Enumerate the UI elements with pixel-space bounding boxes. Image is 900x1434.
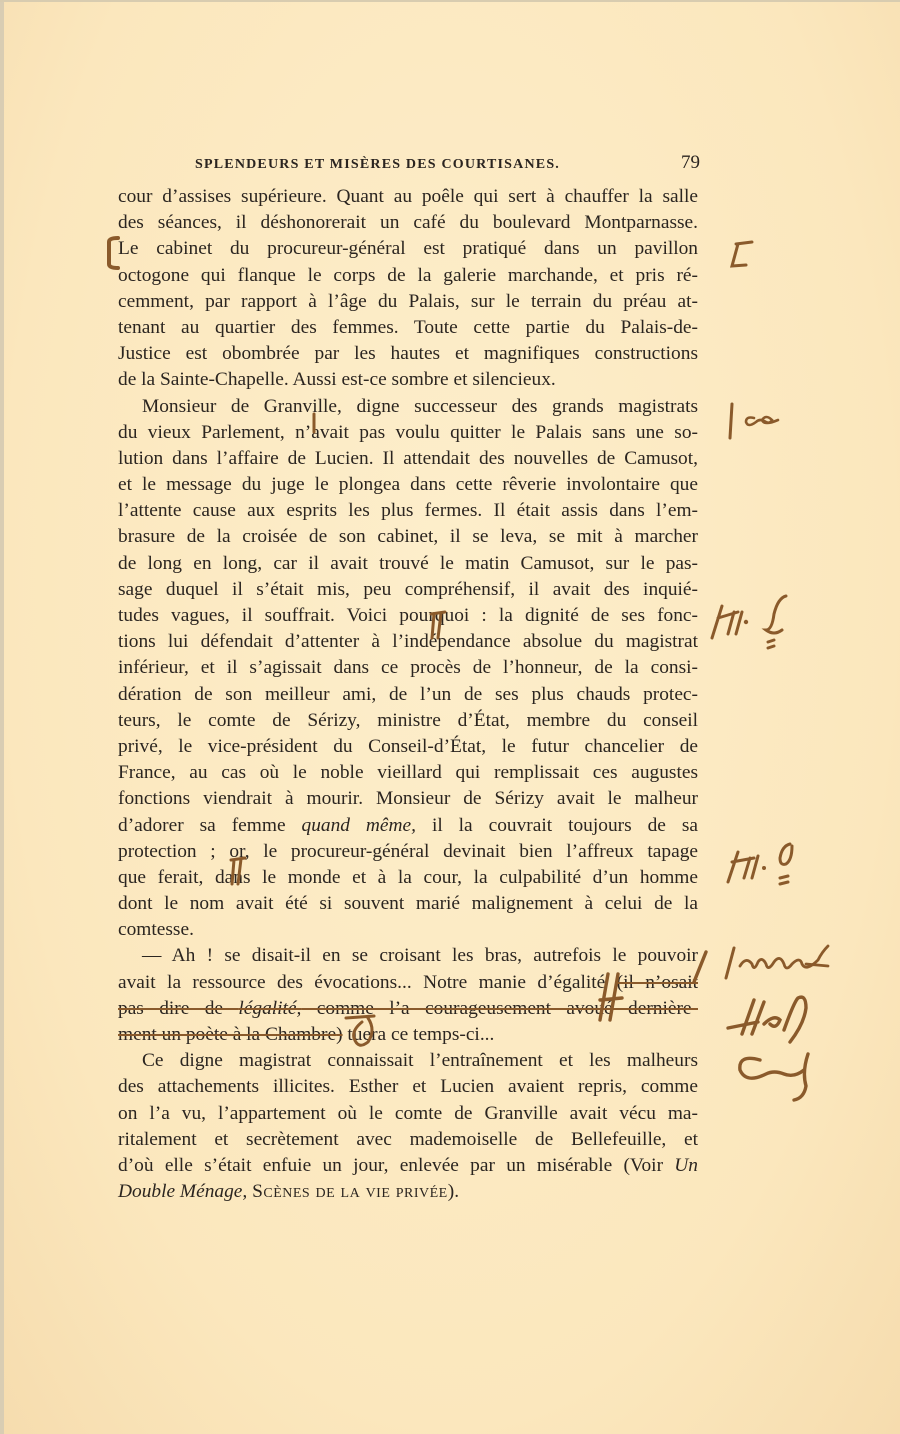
text-line: fonctions viendrait à mourir. Monsieur d… bbox=[118, 786, 698, 812]
new-paragraph-mark-icon bbox=[724, 840, 804, 900]
text-line: que ferait, dans le monde et à la cour, … bbox=[118, 865, 698, 891]
text-line: dont le nom avait été si souvent marié m… bbox=[118, 891, 698, 917]
text-line: de la Sainte-Chapelle. Aussi est-ce somb… bbox=[118, 367, 698, 393]
text-line: l’attente cause aux esprits les plus fer… bbox=[118, 498, 698, 524]
text-line: de long en long, car il avait trouvé le … bbox=[118, 551, 698, 577]
text-line: France, au cas où le noble vieillard qui… bbox=[118, 760, 698, 786]
caret-insert-icon bbox=[310, 412, 318, 434]
text-line: privé, le vice-président du Conseil-d’Ét… bbox=[118, 734, 698, 760]
bracket-mark-icon bbox=[104, 236, 120, 270]
text-line: Ce digne magistrat connaissait l’entraîn… bbox=[118, 1048, 698, 1074]
insert-lequel-mark-icon bbox=[722, 942, 852, 982]
struck-text: ment un poète à la Chambre bbox=[118, 1024, 336, 1045]
new-paragraph-mark-icon bbox=[708, 590, 798, 660]
text-line: inférieur, et il s’agissait dans ce proc… bbox=[118, 655, 698, 681]
text-line: et le message du juge le plongea dans ce… bbox=[118, 472, 698, 498]
text-line: Justice est obombrée par les hautes et m… bbox=[118, 341, 698, 367]
text-line: ritalement et secrètement avec mademoise… bbox=[118, 1127, 698, 1153]
text-line: teurs, le comte de Sérizy, ministre d’Ét… bbox=[118, 708, 698, 734]
text-line: des séances, il déshonorerait un café du… bbox=[118, 210, 698, 236]
deleatur-mark-icon bbox=[724, 994, 834, 1104]
text-line: protection ; or, le procureur-général de… bbox=[118, 839, 698, 865]
text-line: brasure de la croisée de son cabinet, il… bbox=[118, 524, 698, 550]
margin-bracket-icon bbox=[726, 238, 756, 272]
text-line: dération de son meilleur ami, de l’un de… bbox=[118, 682, 698, 708]
italic-un: Un bbox=[674, 1155, 698, 1176]
text-line: d’où elle s’était enfuie un jour, enlevé… bbox=[118, 1153, 698, 1179]
text-line: Le cabinet du procureur-général est prat… bbox=[118, 236, 698, 262]
text-line: des attachements illicites. Esther et Lu… bbox=[118, 1074, 698, 1100]
text-fragment: d’adorer sa femme bbox=[118, 815, 302, 836]
text-line: cour d’assises supérieure. Quant au poêl… bbox=[118, 184, 698, 210]
deletion-loop-icon bbox=[596, 970, 636, 1030]
running-header: SPLENDEURS ET MISÈRES DES COURTISANES. 7… bbox=[195, 152, 700, 174]
text-fragment: avait la ressource des évocations... Not… bbox=[118, 972, 617, 993]
small-caps-scenes: Scènes de la vie privée bbox=[252, 1181, 448, 1202]
struck-text: pas dire de bbox=[118, 998, 238, 1019]
running-title: SPLENDEURS ET MISÈRES DES COURTISANES. bbox=[195, 157, 560, 173]
text-line: octogone qui flanque le corps de la gale… bbox=[118, 263, 698, 289]
text-line: cemment, par rapport à l’âge du Palais, … bbox=[118, 289, 698, 315]
body-text: cour d’assises supérieure. Quant au poêl… bbox=[118, 184, 698, 1205]
italic-double-menage: Double Ménage, bbox=[118, 1181, 252, 1202]
text-line: tions lui défendait d’attenter à l’indép… bbox=[118, 629, 698, 655]
text-line: — Ah ! se disait-il en se croisant les b… bbox=[118, 943, 698, 969]
slash-insert-icon bbox=[690, 950, 710, 986]
scan-top-edge bbox=[0, 0, 900, 2]
italic-quand-meme: quand même, bbox=[302, 815, 417, 836]
text-line: lution dans l’affaire de Lucien. Il atte… bbox=[118, 446, 698, 472]
text-line: sage duquel il s’était mis, peu compréhe… bbox=[118, 577, 698, 603]
text-line: comtesse. bbox=[118, 917, 698, 943]
text-line: tenant au quartier des femmes. Toute cet… bbox=[118, 315, 698, 341]
text-line: Double Ménage, Scènes de la vie privée). bbox=[118, 1179, 698, 1205]
text-line: tudes vagues, il souffrait. Voici pourqu… bbox=[118, 603, 698, 629]
paragraph-insert-icon bbox=[428, 608, 448, 642]
text-fragment: il la couvrait toujours de sa bbox=[416, 815, 698, 836]
text-line: Monsieur de Granville, digne successeur … bbox=[118, 394, 698, 420]
text-line: on l’a vu, l’appartement où le comte de … bbox=[118, 1101, 698, 1127]
insert-ce-mark-icon bbox=[726, 400, 786, 444]
text-line: du vieux Parlement, n’avait pas voulu qu… bbox=[118, 420, 698, 446]
page-number: 79 bbox=[681, 152, 700, 174]
text-fragment: d’où elle s’était enfuie un jour, enlevé… bbox=[118, 1155, 674, 1176]
text-fragment: ). bbox=[448, 1181, 459, 1202]
deletion-loop-icon bbox=[342, 1010, 378, 1050]
paragraph-insert-icon bbox=[228, 854, 248, 888]
scan-left-edge bbox=[0, 0, 4, 1434]
text-line: d’adorer sa femme quand même, il la couv… bbox=[118, 813, 698, 839]
struck-italic-legalite: légalité, bbox=[238, 998, 301, 1019]
